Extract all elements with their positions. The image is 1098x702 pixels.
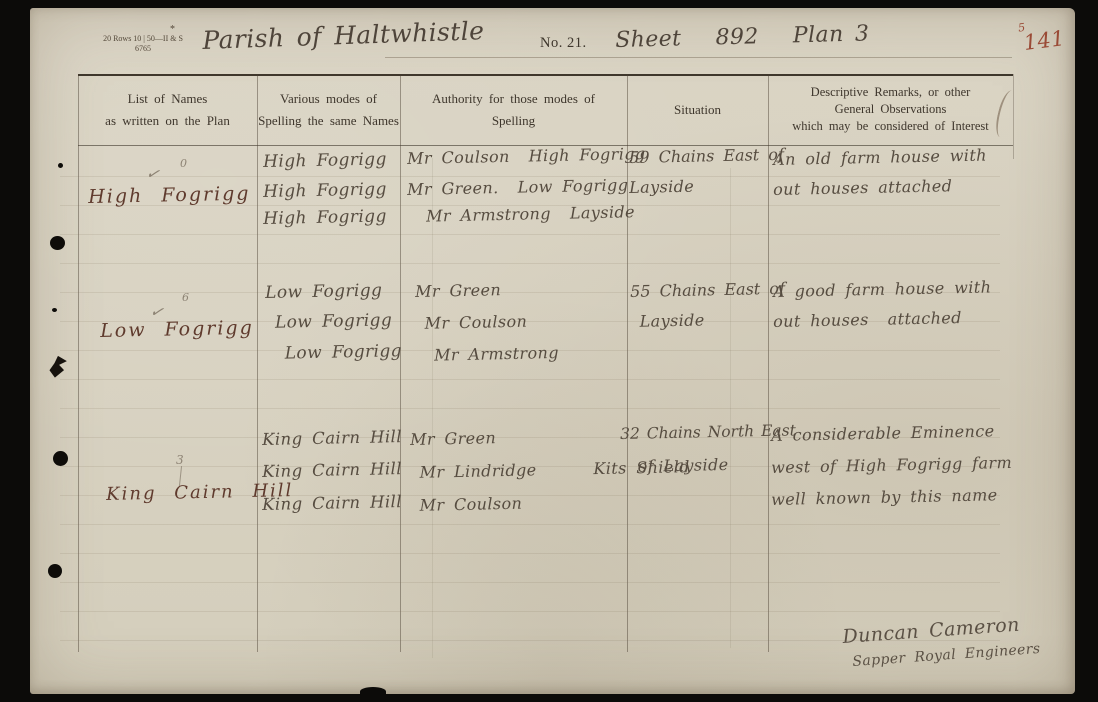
printers-mark: 20 Rows 10 | 50—II & S 6765 [88,34,198,54]
paper-fold-line [432,158,433,658]
authority-line: Mr Coulson [410,496,522,514]
table-left-border [78,74,79,652]
punch-hole [53,451,68,466]
authority-line: Mr Armstrong Layside [407,204,635,225]
header-line: Situation [627,99,768,121]
spelling-line: High Fogrigg [263,181,387,201]
remarks-line: An old farm house with [773,148,987,168]
remarks-line: out houses attached [773,310,962,330]
page-number: 141 [1023,28,1067,54]
remarks-line: west of High Fogrigg farm [771,455,1012,476]
situation-line: 55 Chains East of [630,281,785,300]
col-header-situation: Situation [627,74,768,145]
remarks-line: well known by this name [771,487,998,508]
spelling-line: Low Fogrigg [265,283,383,302]
authority-line: Mr Green. Low Fogrigg [407,177,629,198]
situation-line: Layside [630,312,705,330]
spelling-line: King Cairn Hill [262,461,402,480]
punch-hole [48,564,62,578]
paper-fold-line [730,168,731,648]
signature-rank: Sapper Royal Engineers [852,642,1041,669]
situation-line: 59 Chains East of [629,147,784,166]
authority-line: Mr Coulson [415,314,527,332]
header-line: as written on the Plan [78,110,257,132]
col-header-names: List of Names as written on the Plan [78,74,257,145]
sheet-number-label: No. 21. [540,35,587,52]
remarks-line: A good farm house with [773,279,991,300]
paper-speck [52,308,57,312]
pencil-mark-digit: 0 [180,158,187,169]
header-line: Authority for those modes of [400,88,627,110]
situation-line: Layside [629,179,694,196]
header-line: Descriptive Remarks, or other [768,84,1013,101]
spelling-line: King Cairn Hill [262,429,402,448]
bottom-edge-chip [360,687,386,696]
parish-title: Parish of Haltwhistle [202,18,485,53]
paper-tear [49,355,68,379]
header-line: Various modes of [257,88,400,110]
spelling-line: Low Fogrigg [265,343,402,363]
pencil-checkmark: ✓ [144,165,160,183]
spelling-line: Low Fogrigg [265,312,392,332]
header-baseline-rule [385,57,1012,58]
pencil-mark-digit: 3 [176,454,184,466]
situation-line: 32 Chains North East [620,423,796,442]
header-line: Spelling the same Names [257,110,400,132]
pencil-mark-digit: 6 [182,292,189,303]
faint-ruled-lines [60,148,1000,653]
header-line: Spelling [400,110,627,132]
authority-line: Mr Green [410,430,496,448]
document-paper: 20 Rows 10 | 50—II & S 6765 * Parish of … [30,8,1075,694]
paper-speck [58,163,63,168]
authority-line: Mr Green [415,282,501,300]
col-header-authority: Authority for those modes of Spelling [400,74,627,145]
header-line: General Observations [768,101,1013,118]
authority-line: Mr Armstrong [415,345,559,364]
header-line: which may be considered of Interest [768,118,1013,135]
spelling-line: High Fogrigg [263,208,387,228]
situation-line: of Layside [628,457,729,475]
column-divider-1 [257,74,258,652]
authority-line: Mr Coulson High Fogrigg [407,146,646,167]
col-header-spellings: Various modes of Spelling the same Names [257,74,400,145]
remarks-line: A considerable Eminence [771,423,995,444]
header-line: List of Names [78,88,257,110]
printers-mark-number: 6765 [88,44,198,54]
entry-name: High Fogrigg [88,185,251,207]
signature-name: Duncan Cameron [842,616,1020,647]
printers-mark-star: * [170,24,175,35]
remarks-line: out houses attached [773,178,952,198]
printers-mark-line: 20 Rows 10 | 50—II & S [88,34,198,44]
column-divider-2 [400,74,401,652]
page-number-block: 5 141 [1021,18,1065,54]
punch-hole [50,236,65,250]
sheet-plan-label: Sheet 892 Plan 3 [615,23,870,52]
table-right-border-partial [1013,74,1014,159]
spelling-line: High Fogrigg [263,151,387,171]
spelling-line: King Cairn Hill [262,494,402,513]
entry-name: Low Fogrigg [100,319,254,341]
col-header-remarks: Descriptive Remarks, or other General Ob… [768,74,1013,145]
